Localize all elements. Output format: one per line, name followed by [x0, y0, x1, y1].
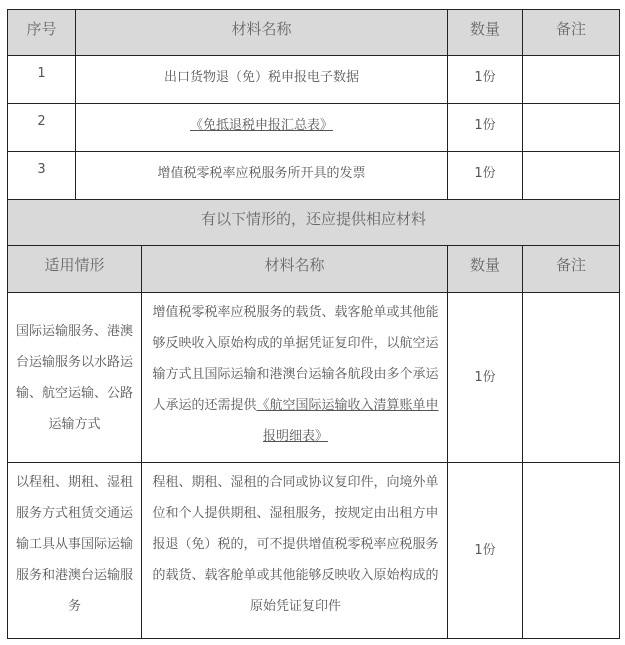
row-quantity: 1份	[448, 104, 523, 152]
header-note: 备注	[523, 246, 620, 293]
row-no: 1	[8, 56, 76, 104]
header-note: 备注	[523, 10, 620, 56]
air-transport-settlement-link[interactable]: 《航空国际运输收入清算账单申报明细表》	[257, 398, 439, 444]
row-note	[523, 152, 620, 200]
row-material-name: 程租、期租、湿租的合同或协议复印件，向境外单位和个人提供期租、湿租服务，按规定由…	[142, 463, 448, 639]
row-material-name: 《免抵退税申报汇总表》	[76, 104, 448, 152]
header-no: 序号	[8, 10, 76, 56]
row-note	[523, 56, 620, 104]
table2-header-row: 适用情形 材料名称 数量 备注	[8, 246, 620, 293]
row-note	[523, 104, 620, 152]
row-situation: 国际运输服务、港澳台运输服务以水路运输、航空运输、公路运输方式	[8, 293, 142, 463]
summary-table-link[interactable]: 《免抵退税申报汇总表》	[190, 118, 333, 133]
table1-header-row: 序号 材料名称 数量 备注	[8, 10, 620, 56]
table-row: 3 增值税零税率应税服务所开具的发票 1份	[8, 152, 620, 200]
section-banner-row: 有以下情形的，还应提供相应材料	[8, 200, 620, 246]
row-note	[523, 293, 620, 463]
row-quantity: 1份	[448, 293, 523, 463]
header-quantity: 数量	[448, 246, 523, 293]
row-no: 2	[8, 104, 76, 152]
row-material-name: 增值税零税率应税服务所开具的发票	[76, 152, 448, 200]
table-row: 以程租、期租、湿租服务方式租赁交通运输工具从事国际运输服务和港澳台运输服务 程租…	[8, 463, 620, 639]
row-material-name: 增值税零税率应税服务的载货、载客舱单或其他能够反映收入原始构成的单据凭证复印件，…	[142, 293, 448, 463]
row-material-name: 出口货物退（免）税申报电子数据	[76, 56, 448, 104]
table-row: 2 《免抵退税申报汇总表》 1份	[8, 104, 620, 152]
header-situation: 适用情形	[8, 246, 142, 293]
row-situation: 以程租、期租、湿租服务方式租赁交通运输工具从事国际运输服务和港澳台运输服务	[8, 463, 142, 639]
row-note	[523, 463, 620, 639]
row-quantity: 1份	[448, 152, 523, 200]
header-quantity: 数量	[448, 10, 523, 56]
row-quantity: 1份	[448, 56, 523, 104]
section-banner: 有以下情形的，还应提供相应材料	[8, 200, 620, 246]
row-no: 3	[8, 152, 76, 200]
materials-table: 序号 材料名称 数量 备注 1 出口货物退（免）税申报电子数据 1份 2 《免抵…	[7, 9, 619, 639]
table-row: 国际运输服务、港澳台运输服务以水路运输、航空运输、公路运输方式 增值税零税率应税…	[8, 293, 620, 463]
table-row: 1 出口货物退（免）税申报电子数据 1份	[8, 56, 620, 104]
row-quantity: 1份	[448, 463, 523, 639]
header-material-name: 材料名称	[76, 10, 448, 56]
header-material-name: 材料名称	[142, 246, 448, 293]
